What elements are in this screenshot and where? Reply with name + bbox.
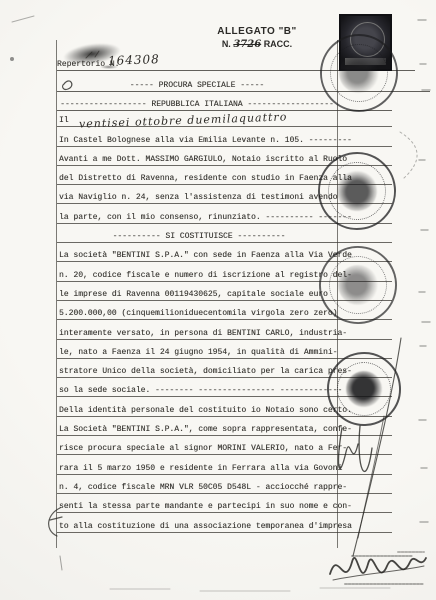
scan-speck — [10, 57, 14, 61]
document-title: ----- PROCURA SPECIALE ----- — [57, 81, 337, 91]
date-line: Il ventisei ottobre duemilaquattro — [57, 108, 392, 127]
line-text: interamente versato, in persona di BENTI… — [59, 329, 347, 339]
document-line: La Società "BENTINI S.P.A.", come sopra … — [57, 417, 392, 436]
line-text: n. 20, codice fiscale e numero di iscriz… — [59, 271, 352, 281]
line-text: Della identità personale del costituito … — [59, 406, 352, 416]
scan-tick — [60, 556, 62, 570]
document-line: interamente versato, in persona di BENTI… — [57, 320, 392, 339]
signature-underline — [333, 566, 424, 580]
line-text: le, nato a Faenza il 24 giugno 1954, in … — [59, 348, 337, 358]
document-line: In Castel Bolognese alla via Emilia Leva… — [57, 127, 392, 146]
line-text: rara il 5 marzo 1950 e residente in Ferr… — [59, 464, 342, 474]
line-text: via Naviglio n. 24, senza l'assistenza d… — [59, 193, 337, 203]
racc-number-handwritten: 3726 — [233, 39, 261, 50]
document-line: le, nato a Faenza il 24 giugno 1954, in … — [57, 340, 392, 359]
document-line: risce procura speciale al signor MORINI … — [57, 436, 392, 455]
line-text: del Distretto di Ravenna, residente con … — [59, 174, 352, 184]
line-text: Avanti a me Dott. MASSIMO GARGIULO, Nota… — [59, 155, 347, 165]
date-prefix: Il — [59, 116, 69, 126]
line-text: In Castel Bolognese alla via Emilia Leva… — [59, 136, 352, 146]
line-text: stratore Unico della società, domiciliat… — [59, 367, 352, 377]
document-line: n. 4, codice fiscale MRN VLR 50C05 D548L… — [57, 475, 392, 494]
line-text: so la sede sociale. -------- -----------… — [59, 386, 342, 396]
allegato-heading: ALLEGATO "B" N. 3726 RACC. — [213, 26, 301, 50]
scan-bottom-line — [110, 588, 390, 591]
line-text: la parte, con il mio consenso, rinunziat… — [59, 213, 352, 223]
allegato-label: ALLEGATO "B" — [213, 26, 301, 37]
line-text: 5.200.000,00 (cinquemilioniduecentomila … — [59, 309, 337, 319]
line-text: La Società "BENTINI S.P.A.", come sopra … — [59, 425, 352, 435]
line-text: ---------- SI COSTITUISCE ---------- — [59, 232, 339, 242]
document-line: senti la stessa parte mandante e parteci… — [57, 494, 392, 513]
stamp-edge-arc — [400, 132, 417, 178]
scan-dash — [12, 16, 34, 22]
notary-signature — [330, 558, 426, 574]
racc-prefix: N. — [222, 39, 231, 49]
scanned-document-page: ALLEGATO "B" N. 3726 RACC. Repertorio N.… — [0, 0, 436, 600]
document-line: rara il 5 marzo 1950 e residente in Ferr… — [57, 455, 392, 474]
racc-suffix: RACC. — [264, 39, 293, 49]
scan-edge-dashes — [418, 20, 430, 522]
document-line: to alla costituzione di una associazione… — [57, 513, 392, 532]
line-text: le imprese di Ravenna 00119430625, capit… — [59, 290, 328, 300]
line-text: n. 4, codice fiscale MRN VLR 50C05 D548L… — [59, 483, 347, 493]
line-text: to alla costituzione di una associazione… — [59, 522, 352, 532]
racc-line: N. 3726 RACC. — [213, 39, 301, 50]
line-text: risce procura speciale al signor MORINI … — [59, 444, 347, 454]
line-text: senti la stessa parte mandante e parteci… — [59, 502, 352, 512]
line-text: La società "BENTINI S.P.A." con sede in … — [59, 251, 352, 261]
